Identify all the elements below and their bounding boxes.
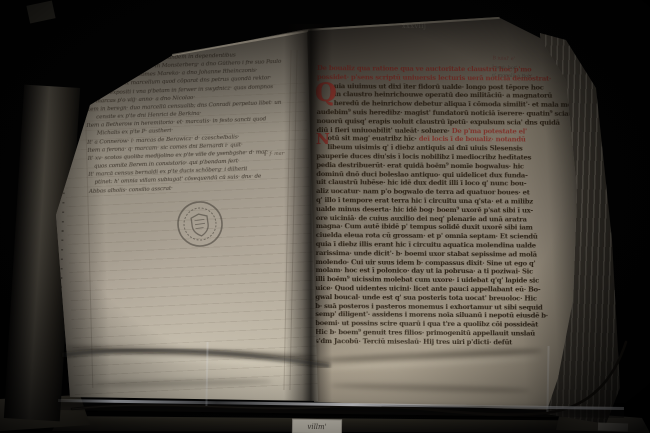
cord-and-shadows <box>0 0 650 433</box>
manuscript-photo: xxxviij De boualiz qua ratione qua ve au… <box>0 0 650 433</box>
shelf-label-text: villm' <box>307 422 326 430</box>
small-label <box>598 422 628 431</box>
cord-shadow <box>62 350 330 366</box>
shelf-label: villm' <box>292 419 342 433</box>
